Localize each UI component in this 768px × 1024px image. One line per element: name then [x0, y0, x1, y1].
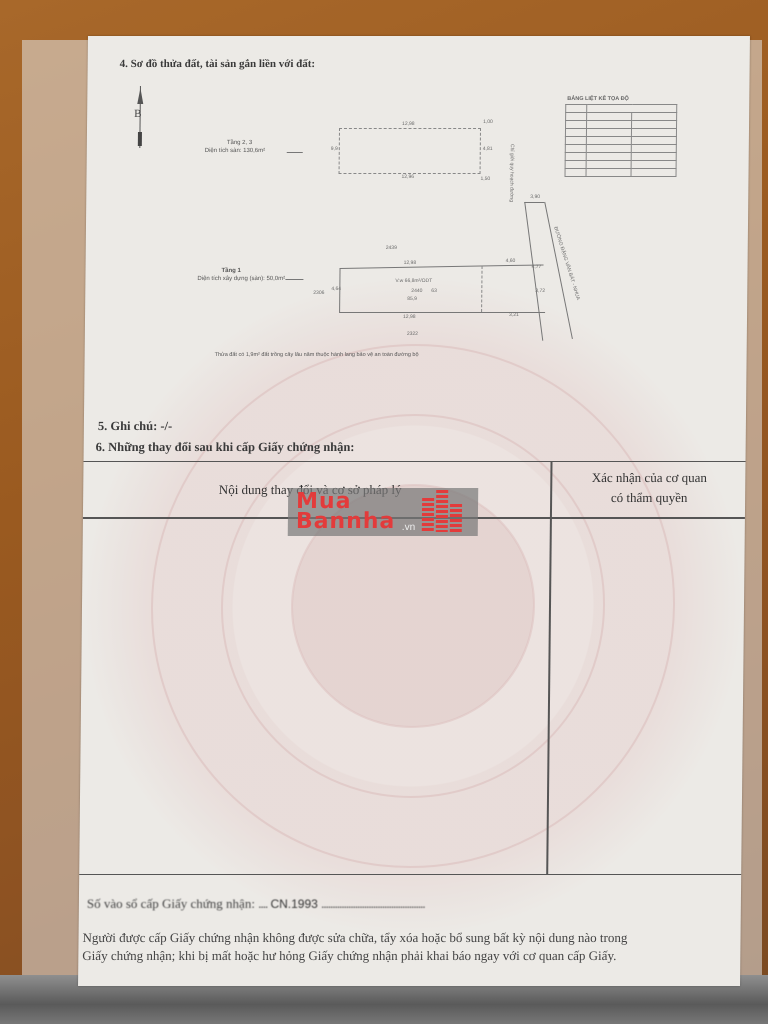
dim-label: 3,21	[509, 312, 519, 318]
dim-label: 3,90	[530, 194, 540, 200]
dim-label: 12,96	[401, 174, 414, 180]
column-header-confirmation: Xác nhận của cơ quan có thẩm quyền	[552, 468, 746, 508]
dim-label: 12,98	[404, 260, 417, 266]
neighbor-parcel-label: 2306	[313, 290, 324, 296]
section-5-title: 5. Ghi chú: -/-	[98, 419, 172, 434]
registry-value: CN.1993	[270, 897, 318, 911]
warning-line-1: Người được cấp Giấy chứng nhận không đượ…	[82, 930, 627, 946]
column-header-line: Xác nhận của cơ quan	[552, 468, 746, 488]
parcel-land-use: V.w 66,8m²/ODT	[395, 278, 432, 284]
north-arrow-label: B	[134, 108, 141, 120]
section-6-title: 6. Những thay đổi sau khi cấp Giấy chứng…	[96, 440, 355, 455]
neighbor-parcel-label: 2322	[407, 331, 418, 337]
dim-label: 4,81	[483, 146, 493, 152]
building-logo-icon	[422, 498, 434, 532]
dim-label: 4,64	[331, 286, 341, 292]
certificate-page: 4. Sơ đồ thửa đất, tài sản gắn liền với …	[78, 36, 750, 986]
parcel-area: 85,9	[407, 296, 417, 302]
section-4-title: 4. Sơ đồ thửa đất, tài sản gắn liền với …	[120, 58, 316, 70]
muabannha-watermark: Mua Bannha .vn	[288, 488, 479, 536]
watermark-text-line2: Bannha	[296, 512, 396, 532]
dim-label: 12,98	[402, 121, 415, 127]
column-divider	[546, 462, 552, 874]
building-logo-icon	[436, 490, 448, 532]
parcel-note: Thửa đất có 1,9m² đất trồng cây lâu năm …	[215, 352, 419, 358]
column-header-line: có thẩm quyền	[552, 488, 746, 508]
warning-line-2: Giấy chứng nhận; khi bị mất hoặc hư hỏng…	[82, 948, 616, 964]
building-logo-icon	[450, 504, 462, 532]
neighbor-parcel-label: 2439	[386, 245, 397, 251]
north-arrow: B	[135, 86, 146, 148]
dim-label: 3,72	[535, 288, 545, 294]
upper-floor-area: Diện tích sàn: 130,6m²	[205, 148, 265, 154]
upper-floor-label: Tầng 2, 3	[227, 140, 252, 146]
watermark-suffix: .vn	[402, 522, 415, 533]
registry-number-row: Số vào sổ cấp Giấy chứng nhận: .... CN.1…	[87, 896, 425, 912]
leader-line	[285, 279, 303, 280]
dim-label: 9,9	[331, 146, 338, 152]
dim-label: 4,77	[532, 264, 542, 270]
boundary-label: Chỉ giới quy hoạch đường	[508, 144, 515, 202]
ground-floor-area: Diện tích xây dựng (sàn): 50,0m²	[197, 276, 285, 282]
leader-line	[287, 152, 303, 153]
parcel-number: 2440	[411, 288, 422, 294]
ground-floor-label: Tầng 1	[221, 268, 240, 274]
parcel-map-sheet: 63	[431, 288, 437, 294]
coordinate-table-title: BẢNG LIỆT KÊ TỌA ĐỘ	[567, 96, 629, 102]
road-line	[524, 202, 544, 203]
dim-label: 1,50	[480, 176, 490, 182]
dim-label: 12,98	[403, 314, 416, 320]
upper-floor-outline	[339, 128, 481, 174]
dim-label: 1,00	[483, 119, 493, 125]
coordinate-table	[564, 104, 677, 177]
dim-label: 4,60	[506, 258, 516, 264]
registry-label: Số vào sổ cấp Giấy chứng nhận:	[87, 896, 255, 911]
